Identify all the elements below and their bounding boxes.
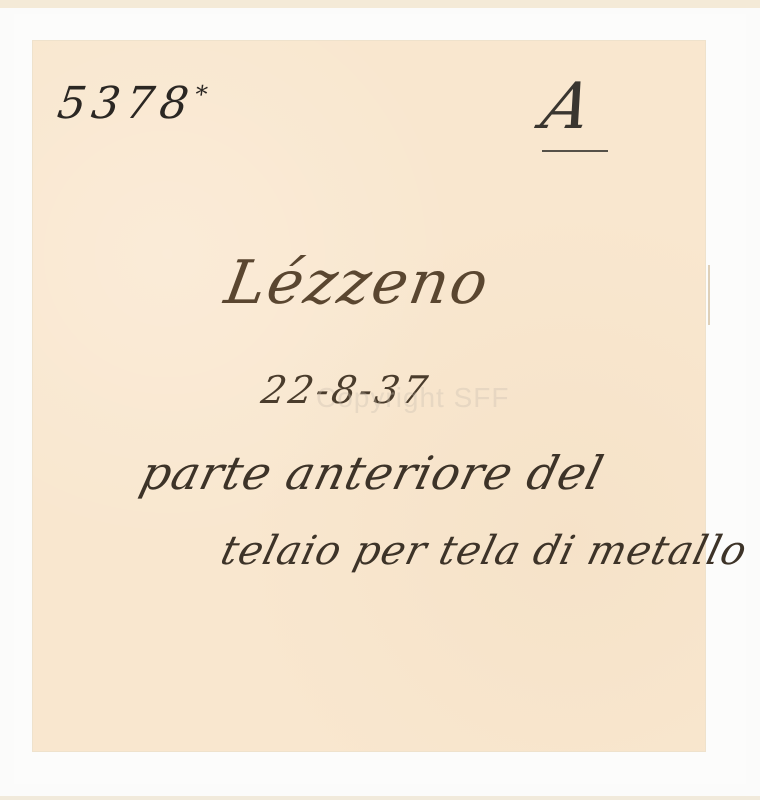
- letter-mark-underline: [542, 150, 608, 152]
- place-name: Lézzeno: [220, 248, 495, 318]
- copyright-watermark: Copyright SFF: [316, 382, 510, 414]
- paper-edge-shadow: [708, 265, 710, 325]
- catalog-number: 5378*: [54, 78, 209, 129]
- top-frame-strip: [0, 0, 760, 8]
- description-line-2: telaio per tela di metallo: [216, 528, 752, 574]
- description-line-1: parte anteriore del: [135, 446, 609, 500]
- bottom-frame-strip: [0, 796, 760, 800]
- catalog-number-value: 5378: [54, 78, 197, 129]
